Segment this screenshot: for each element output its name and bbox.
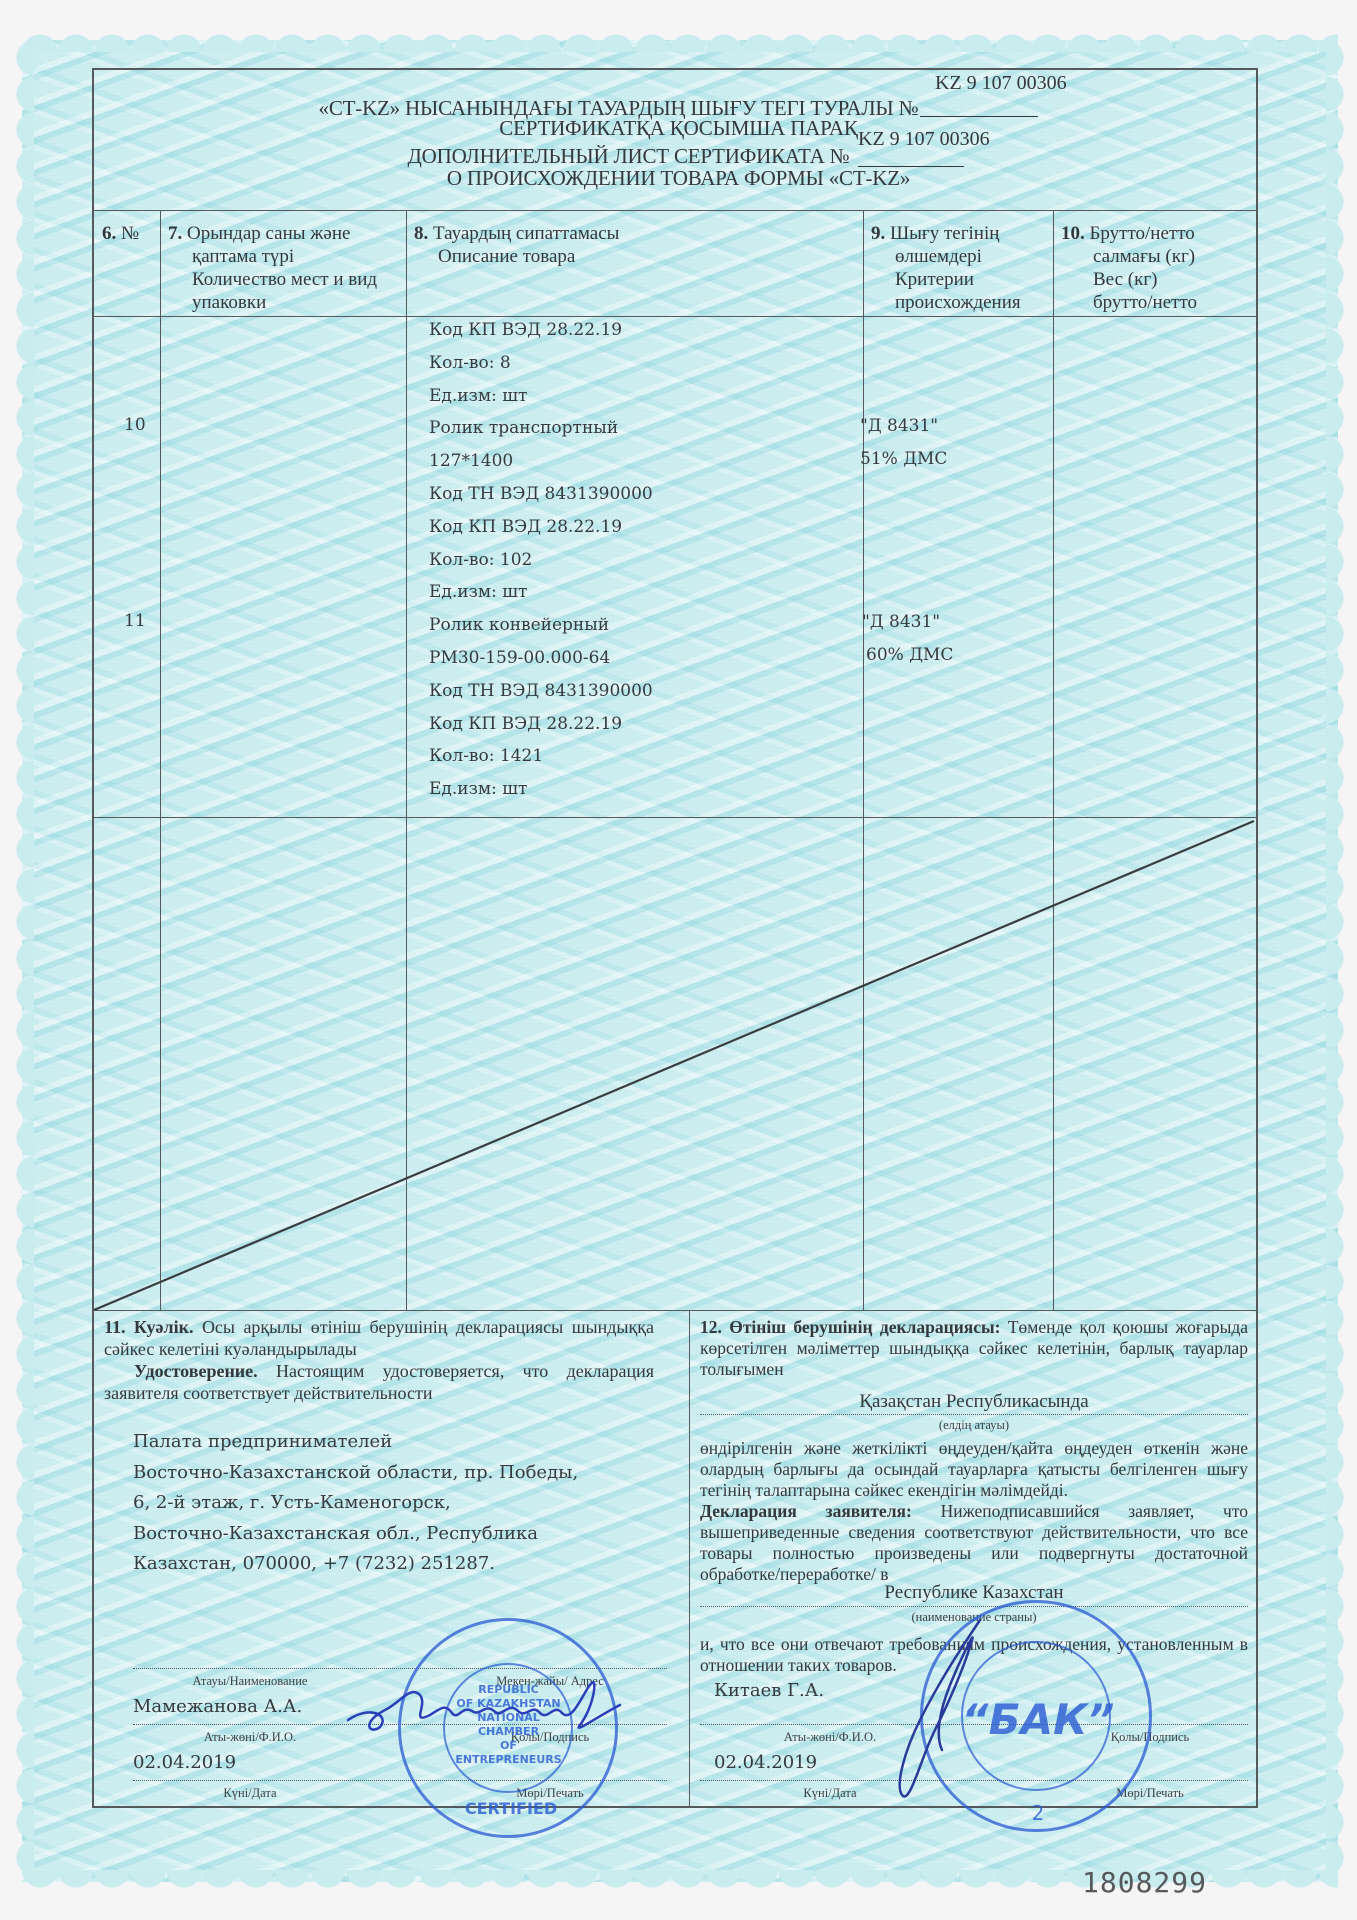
organization-line: Восточно-Казахстанской области, пр. Побе… bbox=[133, 1462, 578, 1483]
table-header-bottom-border bbox=[92, 316, 1258, 317]
description-line: Кол-во: 1421 bbox=[429, 746, 543, 766]
col-header-number: 6. № bbox=[102, 222, 139, 245]
country-ru: Республике Казахстан bbox=[700, 1582, 1248, 1604]
organization-line: Палата предпринимателей bbox=[133, 1431, 392, 1452]
declarant-name: Китаев Г.А. bbox=[714, 1680, 824, 1701]
description-line: Код КП ВЭД 28.22.19 bbox=[429, 320, 622, 340]
row-number-11: 11 bbox=[124, 611, 146, 631]
organization-line: 6, 2-й этаж, г. Усть-Каменогорск, bbox=[133, 1492, 451, 1513]
col-header-packages: 7. Орындар саны және қаптама түрі Количе… bbox=[168, 222, 403, 314]
description-line: Код ТН ВЭД 8431390000 bbox=[429, 484, 653, 504]
header-line-2: СЕРТИФИКАТҚА ҚОСЫМША ПАРАҚ bbox=[0, 116, 1357, 141]
cert-number-blank-kz bbox=[920, 92, 1038, 117]
description-line: Ед.изм: шт bbox=[429, 779, 527, 799]
criteria-row-10: "Д 8431" 51% ДМС bbox=[860, 410, 947, 476]
certificate-number-ru: KZ 9 107 00306 bbox=[858, 128, 990, 151]
certificate-number-kz: KZ 9 107 00306 bbox=[935, 72, 1067, 95]
certification-date: 02.04.2019 bbox=[133, 1752, 236, 1773]
declaration-text-kz-1: 12. Өтініш берушінің декларациясы: Төмен… bbox=[700, 1317, 1248, 1380]
declaration-text-kz-2: өндірілгенін және жеткілікті өңдеуден/қа… bbox=[700, 1438, 1248, 1501]
certifier-name: Мамежанова А.А. bbox=[133, 1696, 302, 1717]
declaration-text-ru-1: Декларация заявителя: Нижеподписавшийся … bbox=[700, 1501, 1248, 1585]
bottom-divider bbox=[689, 1310, 690, 1808]
description-line: Ед.изм: шт bbox=[429, 386, 527, 406]
col-header-criteria: 9. Шығу тегінің өлшемдері Критерии проис… bbox=[871, 222, 1021, 314]
certification-text: 11. Куәлік. Осы арқылы өтініш берушінің … bbox=[104, 1316, 654, 1404]
description-line: Ролик транспортный bbox=[429, 418, 618, 438]
dotted-line-country-kz bbox=[700, 1414, 1248, 1415]
diagonal-strike-line bbox=[92, 817, 1258, 1312]
description-line: Код КП ВЭД 28.22.19 bbox=[429, 517, 622, 537]
description-line: Ед.изм: шт bbox=[429, 582, 527, 602]
caption-country-kz: (елдің атауы) bbox=[700, 1418, 1248, 1433]
col-header-weight: 10. Брутто/нетто салмағы (кг) Вес (кг) б… bbox=[1061, 222, 1197, 314]
organization-line: Казахстан, 070000, +7 (7232) 251287. bbox=[133, 1553, 495, 1574]
col-header-description: 8. Тауардың сипаттамасы Описание товара bbox=[414, 222, 619, 268]
description-line: Ролик конвейерный bbox=[429, 615, 609, 635]
certifier-signature-icon bbox=[340, 1665, 630, 1755]
caption-fio: Аты-жөні/Ф.И.О. bbox=[160, 1730, 340, 1745]
description-line: Кол-во: 102 bbox=[429, 550, 532, 570]
description-line: Кол-во: 8 bbox=[429, 353, 511, 373]
declaration-date: 02.04.2019 bbox=[714, 1752, 817, 1773]
description-line: 127*1400 bbox=[429, 451, 513, 471]
caption-name: Атауы/Наименование bbox=[160, 1674, 340, 1689]
table-top-border bbox=[92, 210, 1258, 211]
organization-line: Восточно-Казахстанская обл., Республика bbox=[133, 1523, 538, 1544]
description-line: Код ТН ВЭД 8431390000 bbox=[429, 681, 653, 701]
row-number-10: 10 bbox=[124, 415, 146, 435]
caption-date: Күні/Дата bbox=[160, 1786, 340, 1801]
country-kz: Қазақстан Республикасында bbox=[700, 1391, 1248, 1413]
declarant-signature-icon bbox=[880, 1610, 1000, 1810]
description-line: Код КП ВЭД 28.22.19 bbox=[429, 714, 622, 734]
dotted-line-country-ru bbox=[700, 1606, 1248, 1607]
header-line-4: О ПРОИСХОЖДЕНИИ ТОВАРА ФОРМЫ «СТ-KZ» bbox=[0, 166, 1357, 191]
serial-number: 1808299 bbox=[1082, 1866, 1207, 1899]
description-line: РМ30-159-00.000-64 bbox=[429, 648, 610, 668]
criteria-row-11: "Д 8431" 60% ДМС bbox=[862, 606, 953, 672]
